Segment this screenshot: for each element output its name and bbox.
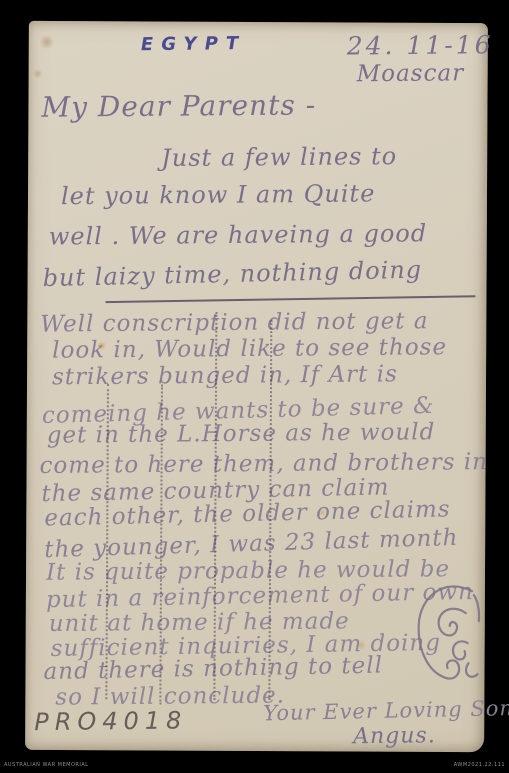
- body-line: look in, Would like to see those: [52, 336, 447, 362]
- location-stamp: EGYPT: [139, 33, 248, 55]
- foxing-spot: [39, 35, 55, 49]
- body-line: each other, the older one claims: [44, 498, 451, 530]
- scroll-flourish-mark: [413, 581, 486, 689]
- foxing-spot: [97, 341, 106, 350]
- body-line: well . We are haveing a good: [49, 221, 428, 248]
- archive-reference-caption: AWM2021.22.111: [454, 762, 505, 768]
- postcard-back: EGYPT 24. 11-16 Moascar My Dear Parents …: [25, 21, 488, 752]
- date-line: 24. 11-16: [347, 32, 494, 58]
- foxing-spot: [356, 641, 367, 650]
- body-line: Just a few lines to: [161, 144, 397, 170]
- emphasis-underline: [105, 295, 475, 303]
- foxing-spot: [33, 69, 43, 79]
- body-line: Well conscription did not get a: [40, 310, 428, 336]
- foxing-spot: [318, 508, 326, 516]
- body-line: strikers bunged in, If Art is: [52, 363, 398, 389]
- body-line: put in a reinforcement of our own: [46, 581, 474, 612]
- body-line: let you know I am Quite: [61, 181, 376, 208]
- signature: Angus.: [353, 725, 436, 748]
- archive-name-caption: AUSTRALIAN WAR MEMORIAL: [4, 762, 89, 768]
- catalog-number: PRO4018: [34, 708, 187, 734]
- closing-line: Your Ever Loving Son: [263, 698, 509, 724]
- body-line: get in the L.Horse as he would: [47, 421, 436, 447]
- salutation: My Dear Parents -: [41, 91, 316, 121]
- place-line: Moascar: [357, 62, 465, 86]
- body-line: but laizy time, nothing doing: [42, 258, 422, 291]
- scanned-postcard-viewer: EGYPT 24. 11-16 Moascar My Dear Parents …: [0, 0, 509, 773]
